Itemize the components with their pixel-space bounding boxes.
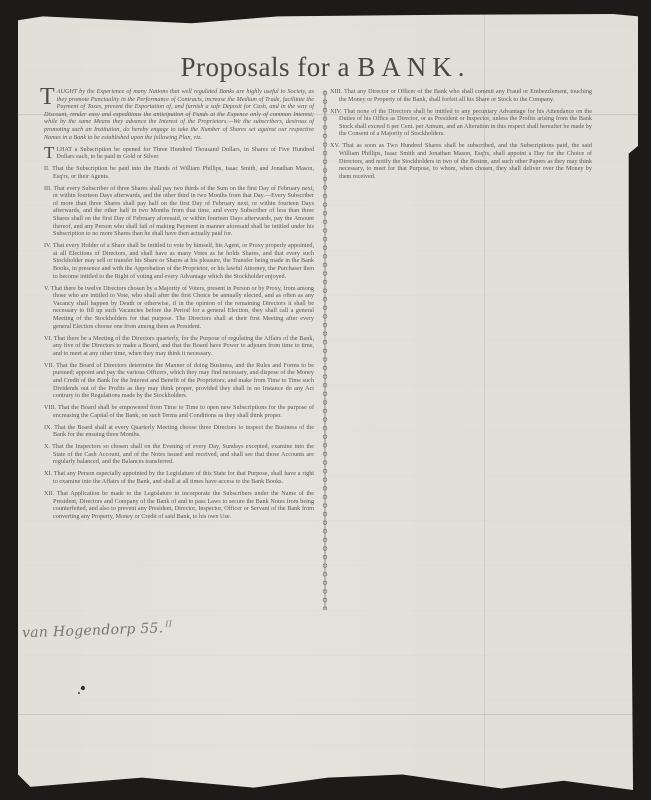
article-number: VIII. (44, 404, 56, 411)
article-text: That every Subscriber of three Shares sh… (53, 185, 314, 238)
article-number: XV. (330, 142, 340, 149)
right-column: XIII. That any Director or Officer of th… (330, 88, 592, 185)
title-bank: BANK. (357, 52, 470, 82)
preamble-text: AUGHT by the Experience of many Nations … (44, 88, 314, 141)
document-title: Proposals for a BANK. (0, 52, 651, 83)
article-2: II. That the Subscription be paid into t… (44, 165, 314, 180)
article-text: That every Holder of a Share shall be in… (53, 242, 314, 279)
fold-line (18, 714, 638, 715)
article-text: That as soon as Two Hundred Shares shall… (339, 142, 592, 179)
article-number: II. (44, 165, 50, 172)
article-text: That Application be made to the Legislat… (53, 490, 314, 520)
handwritten-superscript: II (165, 619, 172, 628)
article-text: That the Board shall at every Quarterly … (53, 424, 314, 439)
article-text: That none of the Directors shall be inti… (339, 108, 592, 138)
article-4: IV. That every Holder of a Share shall b… (44, 242, 314, 280)
ink-blot (78, 692, 80, 694)
article-text: That any Director or Officer of the Bank… (339, 88, 592, 103)
title-text: Proposals for a (181, 52, 350, 82)
article-number: XII. (44, 490, 54, 497)
left-column: TAUGHT by the Experience of many Nations… (44, 88, 314, 525)
dropcap: T (44, 146, 54, 160)
article-number: VI. (44, 335, 52, 342)
article-number: III. (44, 185, 52, 192)
article-15: XV. That as soon as Two Hundred Shares s… (330, 142, 592, 180)
article-9: IX. That the Board shall at every Quarte… (44, 424, 314, 439)
article-text: That the Inspectors so chosen shall on t… (52, 443, 314, 465)
article-text: That there be twelve Directors chosen by… (51, 285, 314, 330)
article-text: That any Person especially appointed by … (53, 470, 314, 485)
article-6: VI. That there be a Meeting of the Direc… (44, 335, 314, 358)
dropcap: T (40, 88, 55, 107)
article-text: That there be a Meeting of the Directors… (53, 335, 314, 357)
article-number: XI. (44, 470, 52, 477)
article-11: XI. That any Person especially appointed… (44, 470, 314, 485)
article-8: VIII. That the Board shall be empowered … (44, 404, 314, 419)
article-text: That the Board shall be empowered from T… (53, 404, 314, 419)
article-14: XIV. That none of the Directors shall be… (330, 108, 592, 138)
article-number: X. (44, 443, 50, 450)
article-number: IX. (44, 424, 52, 431)
article-number: XIII. (330, 88, 342, 95)
article-1: I.THAT a Subscription be opened for Thre… (44, 146, 314, 161)
article-text: That the Subscription be paid into the H… (52, 165, 314, 180)
article-number: XIV. (330, 108, 342, 115)
article-number: V. (44, 285, 49, 292)
article-3: III. That every Subscriber of three Shar… (44, 185, 314, 238)
article-5: V. That there be twelve Directors chosen… (44, 285, 314, 331)
chain-column-divider (321, 90, 329, 610)
article-12: XII. That Application be made to the Leg… (44, 490, 314, 520)
article-text: HAT a Subscription be opened for Three H… (56, 146, 314, 161)
article-text: That the Board of Directors determine th… (53, 362, 314, 399)
article-number: VII. (44, 362, 54, 369)
article-10: X. That the Inspectors so chosen shall o… (44, 443, 314, 466)
article-7: VII. That the Board of Directors determi… (44, 362, 314, 400)
preamble: TAUGHT by the Experience of many Nations… (44, 88, 314, 141)
article-number: IV. (44, 242, 51, 249)
article-13: XIII. That any Director or Officer of th… (330, 88, 592, 103)
